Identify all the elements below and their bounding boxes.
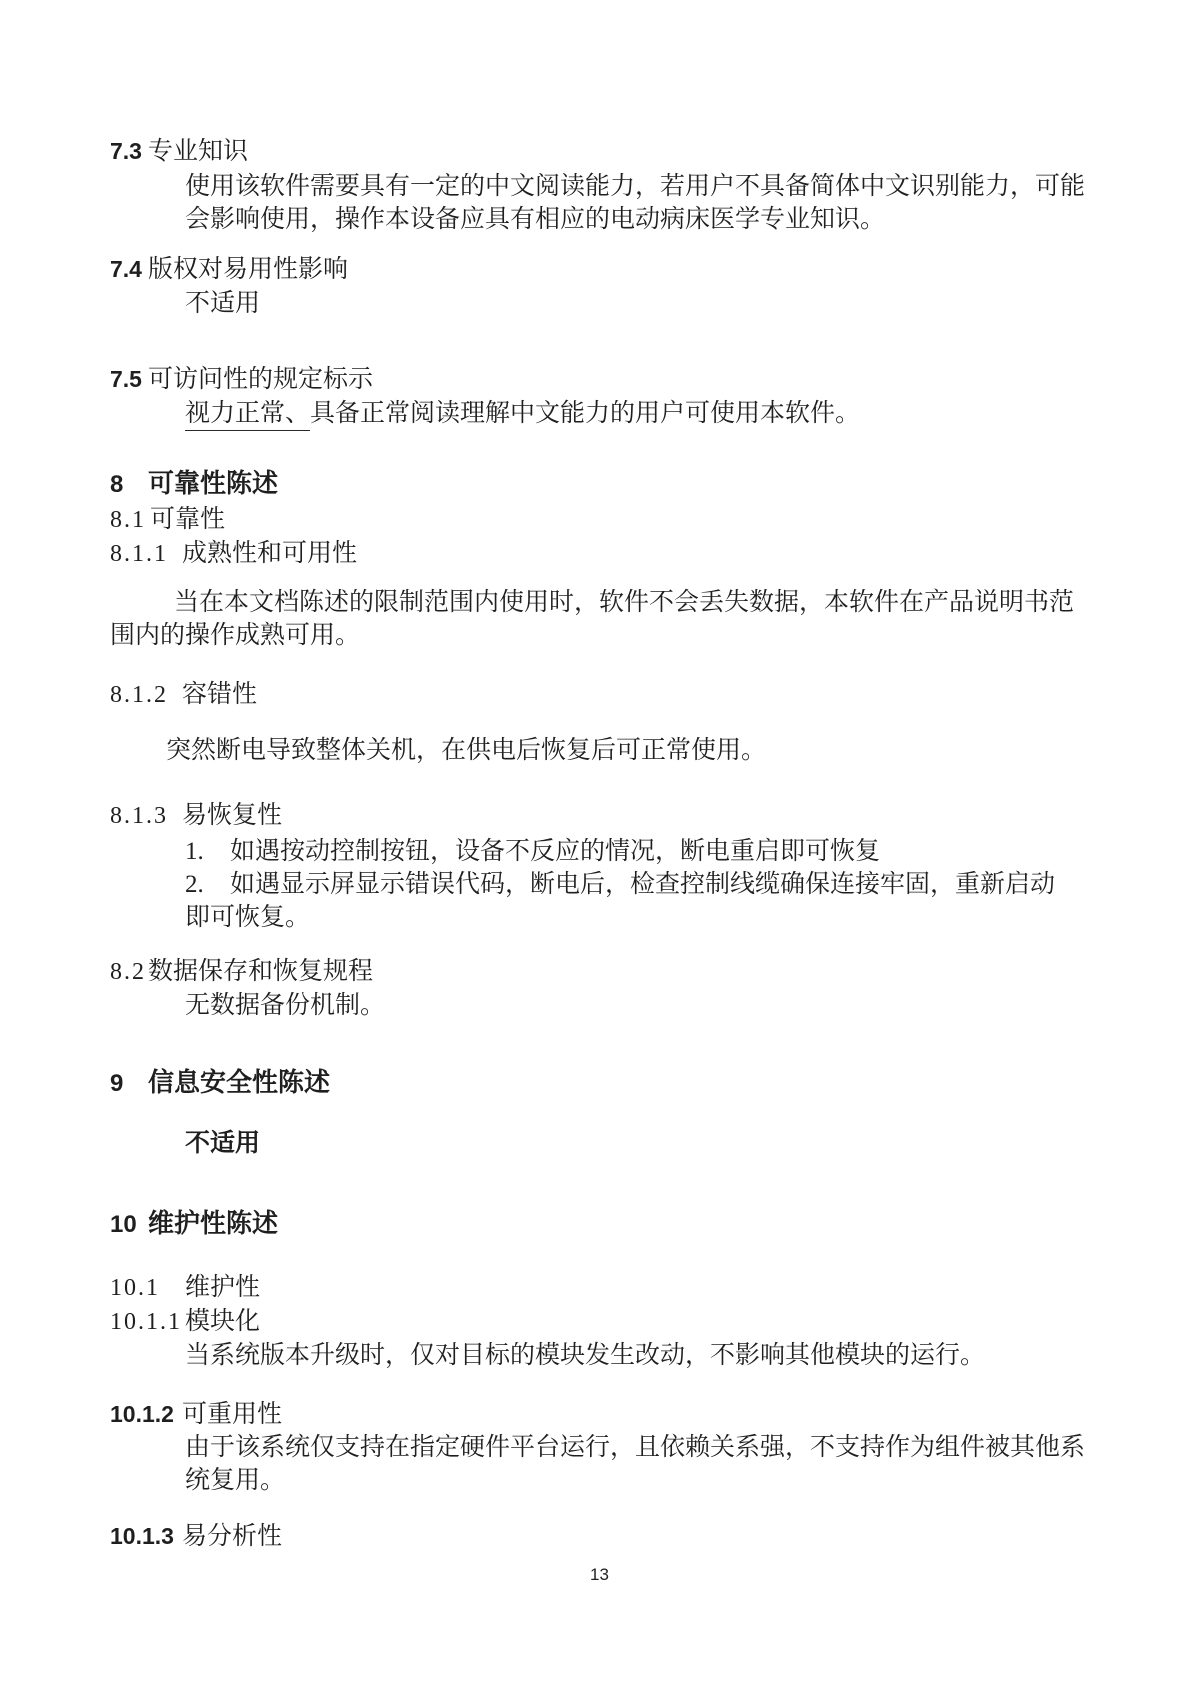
- chapter-number: 9: [110, 1067, 148, 1100]
- list-item-text: 如遇显示屏显示错误代码，断电后，检查控制线缆确保连接牢固，重新启动即可恢复。: [185, 871, 1055, 931]
- list-item: 2.如遇显示屏显示错误代码，断电后，检查控制线缆确保连接牢固，重新启动即可恢复。: [185, 868, 1065, 934]
- list-item: 1.如遇按动控制按钮，设备不反应的情况，断电重启即可恢复: [185, 835, 1065, 868]
- section-heading-8-1-2: 8.1.2容错性: [110, 678, 1092, 712]
- section-title: 数据保存和恢复规程: [148, 958, 373, 985]
- chapter-title: 信息安全性陈述: [148, 1068, 330, 1097]
- page-number: 13: [0, 1558, 1199, 1591]
- section-number: 10.1.3: [110, 1520, 182, 1553]
- paragraph-text: 具备正常阅读理解中文能力的用户可使用本软件。: [310, 400, 860, 427]
- section-number: 7.5: [110, 363, 148, 396]
- section-heading-10-1-2: 10.1.2可重用性: [110, 1398, 1092, 1431]
- chapter-heading-10: 10维护性陈述: [110, 1207, 1092, 1241]
- section-title: 易分析性: [182, 1523, 282, 1550]
- paragraph: 不适用: [185, 287, 1092, 320]
- section-number: 8.1.2: [110, 679, 182, 712]
- section-number: 7.4: [110, 253, 148, 286]
- chapter-number: 8: [110, 468, 148, 501]
- section-number: 7.3: [110, 135, 148, 168]
- paragraph: 视力正常、具备正常阅读理解中文能力的用户可使用本软件。: [185, 397, 1092, 430]
- section-number: 8.1.1: [110, 538, 182, 571]
- section-number: 10.1: [110, 1272, 185, 1305]
- section-title: 维护性: [185, 1274, 260, 1301]
- section-heading-10-1: 10.1维护性: [110, 1271, 1092, 1305]
- paragraph: 不适用: [185, 1127, 1092, 1160]
- section-title: 模块化: [185, 1308, 260, 1335]
- paragraph: 当在本文档陈述的限制范围内使用时，软件不会丢失数据，本软件在产品说明书范围内的操…: [110, 586, 1092, 652]
- paragraph: 突然断电导致整体关机，在供电后恢复后可正常使用。: [166, 734, 1092, 767]
- section-number: 10.1.1: [110, 1306, 185, 1339]
- section-title: 可重用性: [182, 1401, 282, 1428]
- section-number: 8.1: [110, 504, 150, 537]
- document-page: 7.3专业知识 使用该软件需要具有一定的中文阅读能力，若用户不具备简体中文识别能…: [0, 0, 1199, 1696]
- list-item-marker: 1.: [185, 835, 230, 868]
- section-title: 成熟性和可用性: [182, 540, 357, 567]
- chapter-number: 10: [110, 1208, 148, 1241]
- paragraph: 无数据备份机制。: [185, 989, 1092, 1022]
- chapter-title: 维护性陈述: [148, 1209, 278, 1238]
- section-title: 专业知识: [148, 138, 248, 165]
- section-heading-7-4: 7.4版权对易用性影响: [110, 253, 1092, 286]
- paragraph: 使用该软件需要具有一定的中文阅读能力，若用户不具备简体中文识别能力，可能会影响使…: [185, 170, 1092, 236]
- section-heading-10-1-1: 10.1.1模块化: [110, 1305, 1092, 1339]
- section-number: 8.2: [110, 956, 148, 989]
- section-heading-8-1: 8.1可靠性: [110, 503, 1092, 537]
- section-heading-8-1-1: 8.1.1成熟性和可用性: [110, 537, 1092, 571]
- chapter-heading-8: 8可靠性陈述: [110, 467, 1092, 501]
- section-heading-10-1-3: 10.1.3易分析性: [110, 1520, 1092, 1553]
- section-title: 可靠性: [150, 506, 225, 533]
- section-heading-7-3: 7.3专业知识: [110, 135, 1092, 168]
- section-heading-7-5: 7.5可访问性的规定标示: [110, 363, 1092, 396]
- section-title: 可访问性的规定标示: [148, 366, 373, 393]
- section-number: 8.1.3: [110, 800, 182, 833]
- list-item-text: 如遇按动控制按钮，设备不反应的情况，断电重启即可恢复: [230, 838, 880, 865]
- chapter-title: 可靠性陈述: [148, 469, 278, 498]
- list-item-marker: 2.: [185, 868, 230, 901]
- section-number: 10.1.2: [110, 1398, 182, 1431]
- paragraph: 当系统版本升级时，仅对目标的模块发生改动，不影响其他模块的运行。: [185, 1339, 1092, 1372]
- section-title: 版权对易用性影响: [148, 256, 348, 283]
- section-title: 易恢复性: [182, 802, 282, 829]
- chapter-heading-9: 9信息安全性陈述: [110, 1066, 1092, 1100]
- underlined-text: 视力正常、: [185, 400, 310, 431]
- paragraph: 由于该系统仅支持在指定硬件平台运行，且依赖关系强，不支持作为组件被其他系统复用。: [185, 1431, 1092, 1497]
- section-title: 容错性: [182, 681, 257, 708]
- section-heading-8-2: 8.2数据保存和恢复规程: [110, 955, 1092, 989]
- section-heading-8-1-3: 8.1.3易恢复性: [110, 799, 1092, 833]
